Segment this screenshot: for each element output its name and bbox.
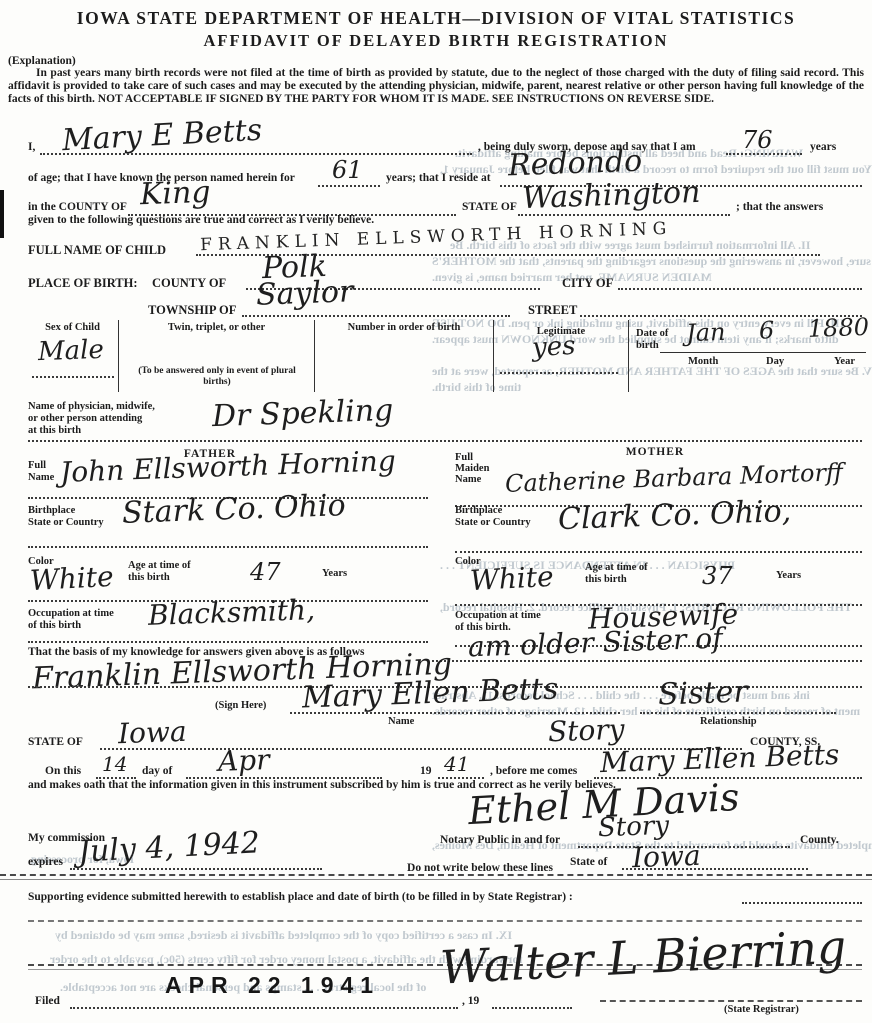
rule-line	[600, 1000, 862, 1002]
year-label: Year	[834, 356, 855, 368]
relationship-handwriting: Sister	[657, 674, 748, 712]
mother-name-handwriting: Catherine Barbara Mortorff	[505, 458, 844, 498]
mother-section-label: MOTHER	[565, 446, 745, 459]
dotted-line	[492, 1007, 572, 1009]
father-age-label: Age at time of	[128, 560, 191, 572]
dotted-line	[40, 153, 472, 155]
mother-age-label: Age at time of	[585, 562, 648, 574]
dotted-line	[622, 868, 808, 870]
comer-handwriting: Mary Ellen Betts	[599, 738, 839, 779]
mother-age-label: this birth	[585, 574, 627, 586]
mother-years-label: Years	[776, 570, 801, 582]
mother-birthplace-label: State or Country	[455, 517, 531, 529]
statement-line2b: years; that I reside at	[386, 172, 491, 185]
father-occupation-handwriting: Blacksmith,	[147, 593, 315, 632]
sign-here-label: (Sign Here)	[215, 700, 266, 712]
twin-note: (To be answered only in event of plural …	[128, 366, 306, 388]
legitimate-handwriting: yes	[531, 331, 576, 363]
pob-city-label: CITY OF	[562, 276, 613, 290]
notary-state-label: STATE OF	[28, 736, 83, 749]
day-handwriting: 14	[102, 752, 127, 776]
filed-date-stamp: APR 22 1941	[165, 972, 380, 999]
statement-line3b: STATE OF	[462, 201, 517, 214]
attendant-label: Name of physician, midwife,	[28, 401, 155, 413]
state-registrar-label: (State Registrar)	[724, 1004, 799, 1016]
mother-birthplace-handwriting: Clark Co. Ohio,	[557, 494, 791, 537]
page-subtitle: AFFIDAVIT OF DELAYED BIRTH REGISTRATION	[0, 31, 872, 51]
rule-line	[28, 920, 862, 922]
street-label: STREET	[528, 303, 577, 317]
father-years-label: Years	[322, 568, 347, 580]
dotted-line	[32, 376, 114, 378]
father-birthplace-label: State or Country	[28, 517, 104, 529]
day-of-label: day of	[142, 765, 172, 778]
year-prefix-label: 19	[420, 765, 432, 778]
supporting-evidence-label: Supporting evidence submitted herewith t…	[28, 891, 573, 904]
pob-county-label: COUNTY OF	[152, 276, 226, 290]
father-name-handwriting: John Ellsworth Horning	[60, 444, 397, 489]
table-divider	[314, 320, 315, 392]
expires-label: expires	[28, 856, 63, 869]
bleed-through-text: You must fill out the required form to r…	[440, 162, 872, 177]
child-name-label: FULL NAME OF CHILD	[28, 243, 166, 257]
year-handwriting: 41	[444, 752, 469, 776]
signature-name-label: Name	[388, 716, 414, 728]
mother-occupation-label: Occupation at time	[455, 610, 541, 622]
twin-label: Twin, triplet, or other	[124, 322, 309, 334]
on-this-label: On this	[45, 765, 81, 778]
notary-public-label: Notary Public in and for	[440, 834, 560, 847]
notary-county-handwriting: Story	[547, 713, 625, 749]
heavy-rule	[0, 879, 872, 880]
father-occupation-label: Occupation at time	[28, 608, 114, 620]
bleed-through-text: IV. Be sure that the AGES OF THE FATHER …	[432, 364, 872, 379]
attendant-label: or other person attending	[28, 413, 142, 425]
dotted-line	[726, 153, 802, 155]
father-color-handwriting: White	[29, 560, 114, 597]
affidavit-document: WARNING: Read and heed all instructions …	[0, 0, 872, 1023]
mother-birthplace-label: Birthplace	[455, 505, 502, 517]
place-of-birth-label: PLACE OF BIRTH:	[28, 276, 138, 290]
dotted-line	[455, 551, 862, 553]
father-age-label: this birth	[128, 572, 170, 584]
dotted-line	[70, 1007, 458, 1009]
filed-year-label: , 19	[462, 995, 479, 1008]
township-label: TOWNSHIP OF	[148, 303, 236, 317]
bleed-through-text: time of this birth.	[432, 380, 521, 395]
scan-edge-artifact	[0, 190, 4, 238]
county-handwriting: King	[139, 175, 211, 212]
attendant-handwriting: Dr Spekling	[211, 393, 393, 434]
dotted-line	[28, 440, 862, 442]
dotted-line	[742, 902, 862, 904]
rule-line	[660, 352, 866, 353]
dotted-line	[518, 214, 730, 216]
dotted-line	[618, 288, 862, 290]
mother-name-label: Name	[455, 474, 481, 486]
dotted-line	[318, 185, 380, 187]
sex-handwriting: Male	[37, 335, 104, 367]
father-birthplace-label: Birthplace	[28, 505, 75, 517]
mother-color-handwriting: White	[469, 560, 554, 597]
filed-label: Filed	[35, 995, 60, 1008]
statement-line3c: ; that the answers	[736, 201, 823, 214]
page-title: IOWA STATE DEPARTMENT OF HEALTH—DIVISION…	[0, 8, 872, 29]
month-label: Month	[688, 356, 718, 368]
notary-county2-handwriting: Story	[597, 811, 669, 843]
deponent-name-handwriting: Mary E Betts	[61, 113, 263, 158]
dotted-line	[242, 315, 510, 317]
dotted-line	[28, 546, 428, 548]
father-name-label: Full	[28, 460, 46, 472]
relationship-label: Relationship	[700, 716, 757, 728]
father-occupation-label: of this birth	[28, 620, 81, 632]
dotted-line	[28, 641, 428, 643]
table-divider	[118, 320, 119, 392]
month-handwriting: Apr	[217, 743, 270, 778]
dotted-line	[500, 372, 618, 374]
township-handwriting: Saylor	[255, 274, 354, 312]
day-label: Day	[766, 356, 784, 368]
statement-prefix: I,	[28, 141, 35, 154]
notary-county-word-label: County.	[800, 834, 839, 847]
attendant-label: at this birth	[28, 425, 81, 437]
sex-label: Sex of Child	[30, 322, 115, 334]
bleed-through-text: sure, however, in answering the question…	[432, 254, 871, 269]
statement-line4: given to the following questions are tru…	[28, 214, 374, 227]
dotted-line	[70, 868, 322, 870]
dob-label: Date of birth	[636, 328, 682, 352]
statement-line3a: in the COUNTY OF	[28, 201, 127, 214]
table-divider	[493, 320, 494, 392]
age-handwriting: 76	[742, 126, 773, 154]
state-handwriting: Washington	[521, 175, 701, 216]
heavy-rule	[0, 874, 872, 876]
dotted-line	[640, 712, 836, 714]
explanation-paragraph: In past years many birth records were no…	[8, 67, 864, 106]
dob-handwriting: Jan 6 1880	[686, 313, 870, 347]
dotted-line	[432, 660, 862, 662]
years-label: years	[810, 141, 836, 154]
before-me-label: , before me comes	[490, 765, 577, 778]
notary-state-handwriting: Iowa	[117, 715, 187, 750]
father-birthplace-handwriting: Stark Co. Ohio	[121, 488, 346, 531]
father-age-handwriting: 47	[250, 558, 281, 586]
father-name-label: Name	[28, 472, 54, 484]
mother-age-handwriting: 37	[702, 562, 733, 590]
known-years-handwriting: 61	[332, 156, 363, 184]
birth-order-label: Number in order of birth	[320, 322, 488, 334]
table-divider	[628, 320, 629, 392]
